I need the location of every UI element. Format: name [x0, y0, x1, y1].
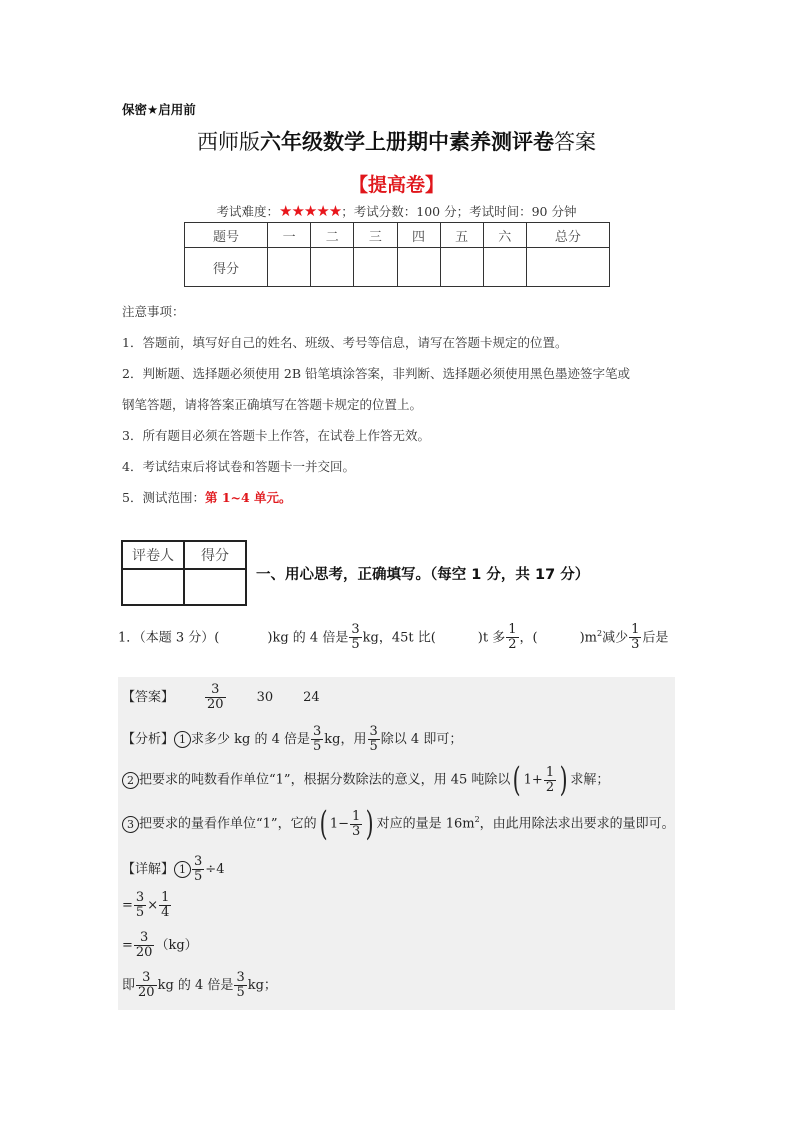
score-header: 题号 — [185, 223, 268, 248]
difficulty-label: 考试难度： — [217, 204, 280, 219]
score-header: 五 — [440, 223, 483, 248]
star-icon: ★★★★★ — [279, 202, 341, 220]
fraction: 320 — [205, 683, 226, 712]
title-suffix: 答案 — [554, 130, 596, 154]
answer-line: 【答案】3203024 — [122, 683, 320, 712]
score-header: 一 — [268, 223, 311, 248]
note-item: 3．所有题目必须在答题卡上作答，在试卷上作答无效。 — [122, 420, 630, 451]
note-item: 5．测试范围：第 1~4 单元。 — [122, 482, 630, 513]
notes-title: 注意事项： — [122, 296, 630, 327]
score-table: 题号 一 二 三 四 五 六 总分 得分 — [184, 222, 610, 287]
score-cell — [483, 248, 526, 287]
circled-number: 2 — [122, 772, 139, 789]
test-range: 第 1~4 单元 — [205, 490, 279, 505]
notes-section: 注意事项： 1．答题前，填写好自己的姓名、班级、考号等信息，请写在答题卡规定的位… — [122, 296, 630, 513]
circled-number: 3 — [122, 816, 139, 833]
circled-number: 1 — [174, 861, 191, 878]
note-item: 2．判断题、选择题必须使用 2B 铅笔填涂答案，非判断、选择题必须使用黑色墨迹签… — [122, 358, 630, 389]
score-header: 六 — [483, 223, 526, 248]
document-title: 西师版六年级数学上册期中素养测评卷答案 — [0, 126, 793, 156]
note-item: 钢笔答题，请将答案正确填写在答题卡规定的位置上。 — [122, 389, 630, 420]
score-cell — [440, 248, 483, 287]
score-header: 三 — [354, 223, 397, 248]
exam-meta: 考试难度：★★★★★；考试分数：100 分；考试时间：90 分钟 — [0, 202, 793, 220]
note-item: 1．答题前，填写好自己的姓名、班级、考号等信息，请写在答题卡规定的位置。 — [122, 327, 630, 358]
score-header: 四 — [397, 223, 440, 248]
score-header: 二 — [311, 223, 354, 248]
document-subtitle: 【提高卷】 — [0, 170, 793, 197]
detail-line-4: 即320kg 的 4 倍是35kg； — [122, 971, 277, 1000]
grader-header: 评卷人 — [122, 541, 184, 569]
score-cell — [397, 248, 440, 287]
score-cell — [526, 248, 609, 287]
fraction: 12 — [506, 623, 518, 652]
grader-cell — [122, 569, 184, 605]
note-item: 4．考试结束后将试卷和答题卡一并交回。 — [122, 451, 630, 482]
score-cell — [311, 248, 354, 287]
fraction: 35 — [349, 623, 361, 652]
analysis-line-3: 3把要求的量看作单位“1”，它的(1−13)对应的量是 16m2，由此用除法求出… — [122, 807, 675, 841]
grader-table: 评卷人 得分 — [121, 540, 247, 606]
detail-line-2: =35×14 — [122, 891, 172, 920]
title-prefix: 西师版 — [197, 130, 260, 154]
score-cell — [354, 248, 397, 287]
title-main: 六年级数学上册期中素养测评卷 — [260, 130, 554, 154]
score-row-label: 得分 — [185, 248, 268, 287]
score-cell — [268, 248, 311, 287]
circled-number: 1 — [174, 731, 191, 748]
score-header: 总分 — [526, 223, 609, 248]
detail-line-3: =320（kg） — [122, 931, 198, 960]
grader-cell — [184, 569, 246, 605]
analysis-line-1: 【分析】1求多少 kg 的 4 倍是35kg，用35除以 4 即可； — [122, 725, 462, 754]
detail-line-1: 【详解】135÷4 — [122, 855, 224, 884]
section-title: 一、用心思考，正确填写。（每空 1 分，共 17 分） — [256, 563, 589, 584]
grader-header: 得分 — [184, 541, 246, 569]
score-time-text: ；考试分数：100 分；考试时间：90 分钟 — [341, 204, 576, 219]
fraction: 13 — [629, 623, 641, 652]
confidential-label: 保密★启用前 — [122, 100, 196, 118]
answer-box: 【答案】3203024 【分析】1求多少 kg 的 4 倍是35kg，用35除以… — [118, 677, 675, 1010]
analysis-line-2: 2把要求的吨数看作单位“1”，根据分数除法的意义，用 45 吨除以(1+12)求… — [122, 763, 609, 797]
